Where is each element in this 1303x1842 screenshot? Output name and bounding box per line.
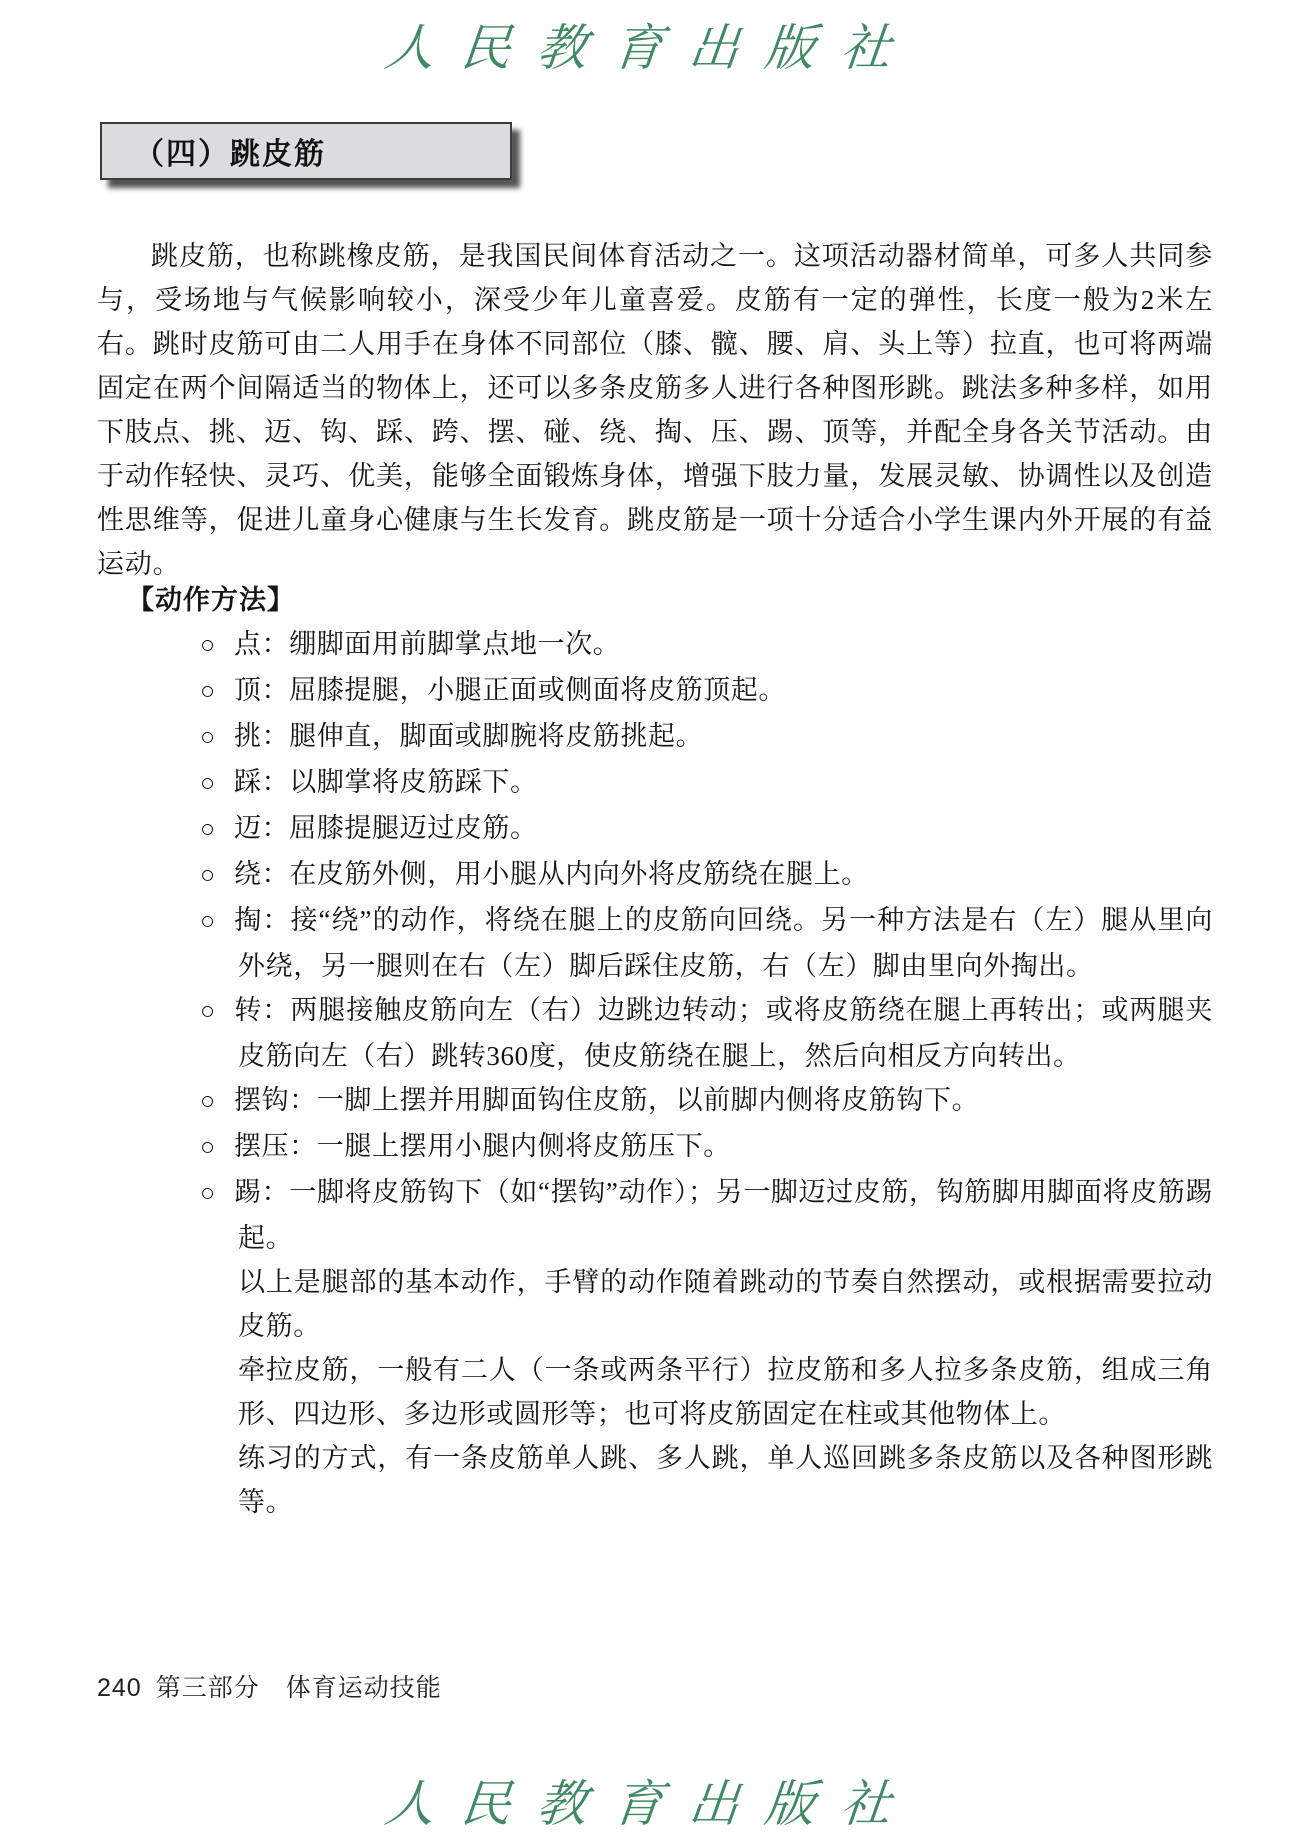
list-item-text: 绕：在皮筋外侧，用小腿从内向外将皮筋绕在腿上。 — [234, 859, 869, 889]
circle-bullet: ○ — [200, 670, 234, 714]
list-item-text: 踩：以脚掌将皮筋踩下。 — [234, 767, 538, 797]
list-item: ○点：绷脚面用前脚掌点地一次。 — [97, 622, 1213, 668]
list-item: ○掏：接“绕”的动作，将绕在腿上的皮筋向回绕。另一种方法是右（左）腿从里向外绕，… — [97, 898, 1213, 988]
page-footer: 240第三部分体育运动技能 — [97, 1668, 442, 1704]
list-item: ○踩：以脚掌将皮筋踩下。 — [97, 760, 1213, 806]
list-item-text: 挑：腿伸直，脚面或脚腕将皮筋挑起。 — [234, 721, 703, 751]
list-item: ○绕：在皮筋外侧，用小腿从内向外将皮筋绕在腿上。 — [97, 852, 1213, 898]
textbook-page: 人民教育出版社 （四）跳皮筋 跳皮筋，也称跳橡皮筋，是我国民间体育活动之一。这项… — [0, 0, 1303, 1842]
circle-bullet: ○ — [200, 762, 234, 806]
list-item-text: 掏：接“绕”的动作，将绕在腿上的皮筋向回绕。另一种方法是右（左）腿从里向外绕，另… — [234, 905, 1213, 981]
circle-bullet: ○ — [200, 624, 234, 668]
list-item: ○转：两腿接触皮筋向左（右）边跳边转动；或将皮筋绕在腿上再转出；或两腿夹皮筋向左… — [97, 988, 1213, 1078]
section-title-box: （四）跳皮筋 — [100, 122, 512, 180]
note-paragraph: 练习的方式，有一条皮筋单人跳、多人跳，单人巡回跳多条皮筋以及各种图形跳等。 — [238, 1436, 1213, 1524]
footer-section: 第三部分 — [156, 1674, 260, 1702]
list-item-text: 踢：一脚将皮筋钩下（如“摆钩”动作）；另一脚迈过皮筋，钩筋脚用脚面将皮筋踢起。 — [234, 1177, 1213, 1253]
circle-bullet: ○ — [200, 1126, 234, 1170]
circle-bullet: ○ — [200, 716, 234, 760]
publisher-watermark-bottom: 人民教育出版社 — [0, 1764, 1303, 1836]
circle-bullet: ○ — [200, 1172, 234, 1216]
list-item: ○摆钩：一脚上摆并用脚面钩住皮筋，以前脚内侧将皮筋钩下。 — [97, 1078, 1213, 1124]
circle-bullet: ○ — [200, 808, 234, 852]
list-item-text: 摆钩：一脚上摆并用脚面钩住皮筋，以前脚内侧将皮筋钩下。 — [234, 1085, 979, 1115]
list-item-text: 迈：屈膝提腿迈过皮筋。 — [234, 813, 538, 843]
list-item-text: 摆压：一腿上摆用小腿内侧将皮筋压下。 — [234, 1131, 731, 1161]
intro-paragraph: 跳皮筋，也称跳橡皮筋，是我国民间体育活动之一。这项活动器材简单，可多人共同参与，… — [97, 234, 1213, 586]
note-paragraph: 牵拉皮筋，一般有二人（一条或两条平行）拉皮筋和多人拉多条皮筋，组成三角形、四边形… — [238, 1348, 1213, 1436]
list-item-text: 顶：屈膝提腿，小腿正面或侧面将皮筋顶起。 — [234, 675, 786, 705]
list-item: ○摆压：一腿上摆用小腿内侧将皮筋压下。 — [97, 1124, 1213, 1170]
circle-bullet: ○ — [200, 854, 234, 898]
note-paragraph: 以上是腿部的基本动作，手臂的动作随着跳动的节奏自然摆动，或根据需要拉动皮筋。 — [238, 1260, 1213, 1348]
section-title: （四）跳皮筋 — [102, 129, 326, 173]
list-item: ○踢：一脚将皮筋钩下（如“摆钩”动作）；另一脚迈过皮筋，钩筋脚用脚面将皮筋踢起。 — [97, 1170, 1213, 1260]
list-item: ○顶：屈膝提腿，小腿正面或侧面将皮筋顶起。 — [97, 668, 1213, 714]
circle-bullet: ○ — [200, 990, 234, 1034]
action-method-list: ○点：绷脚面用前脚掌点地一次。 ○顶：屈膝提腿，小腿正面或侧面将皮筋顶起。 ○挑… — [97, 622, 1213, 1524]
list-item: ○迈：屈膝提腿迈过皮筋。 — [97, 806, 1213, 852]
page-number: 240 — [97, 1674, 142, 1702]
list-item-text: 转：两腿接触皮筋向左（右）边跳边转动；或将皮筋绕在腿上再转出；或两腿夹皮筋向左（… — [234, 995, 1213, 1071]
list-item-text: 点：绷脚面用前脚掌点地一次。 — [234, 629, 620, 659]
footer-chapter: 体育运动技能 — [286, 1674, 442, 1702]
circle-bullet: ○ — [200, 1080, 234, 1124]
list-item: ○挑：腿伸直，脚面或脚腕将皮筋挑起。 — [97, 714, 1213, 760]
circle-bullet: ○ — [200, 900, 234, 944]
methods-heading: 【动作方法】 — [127, 578, 295, 622]
publisher-watermark-top: 人民教育出版社 — [0, 8, 1303, 80]
